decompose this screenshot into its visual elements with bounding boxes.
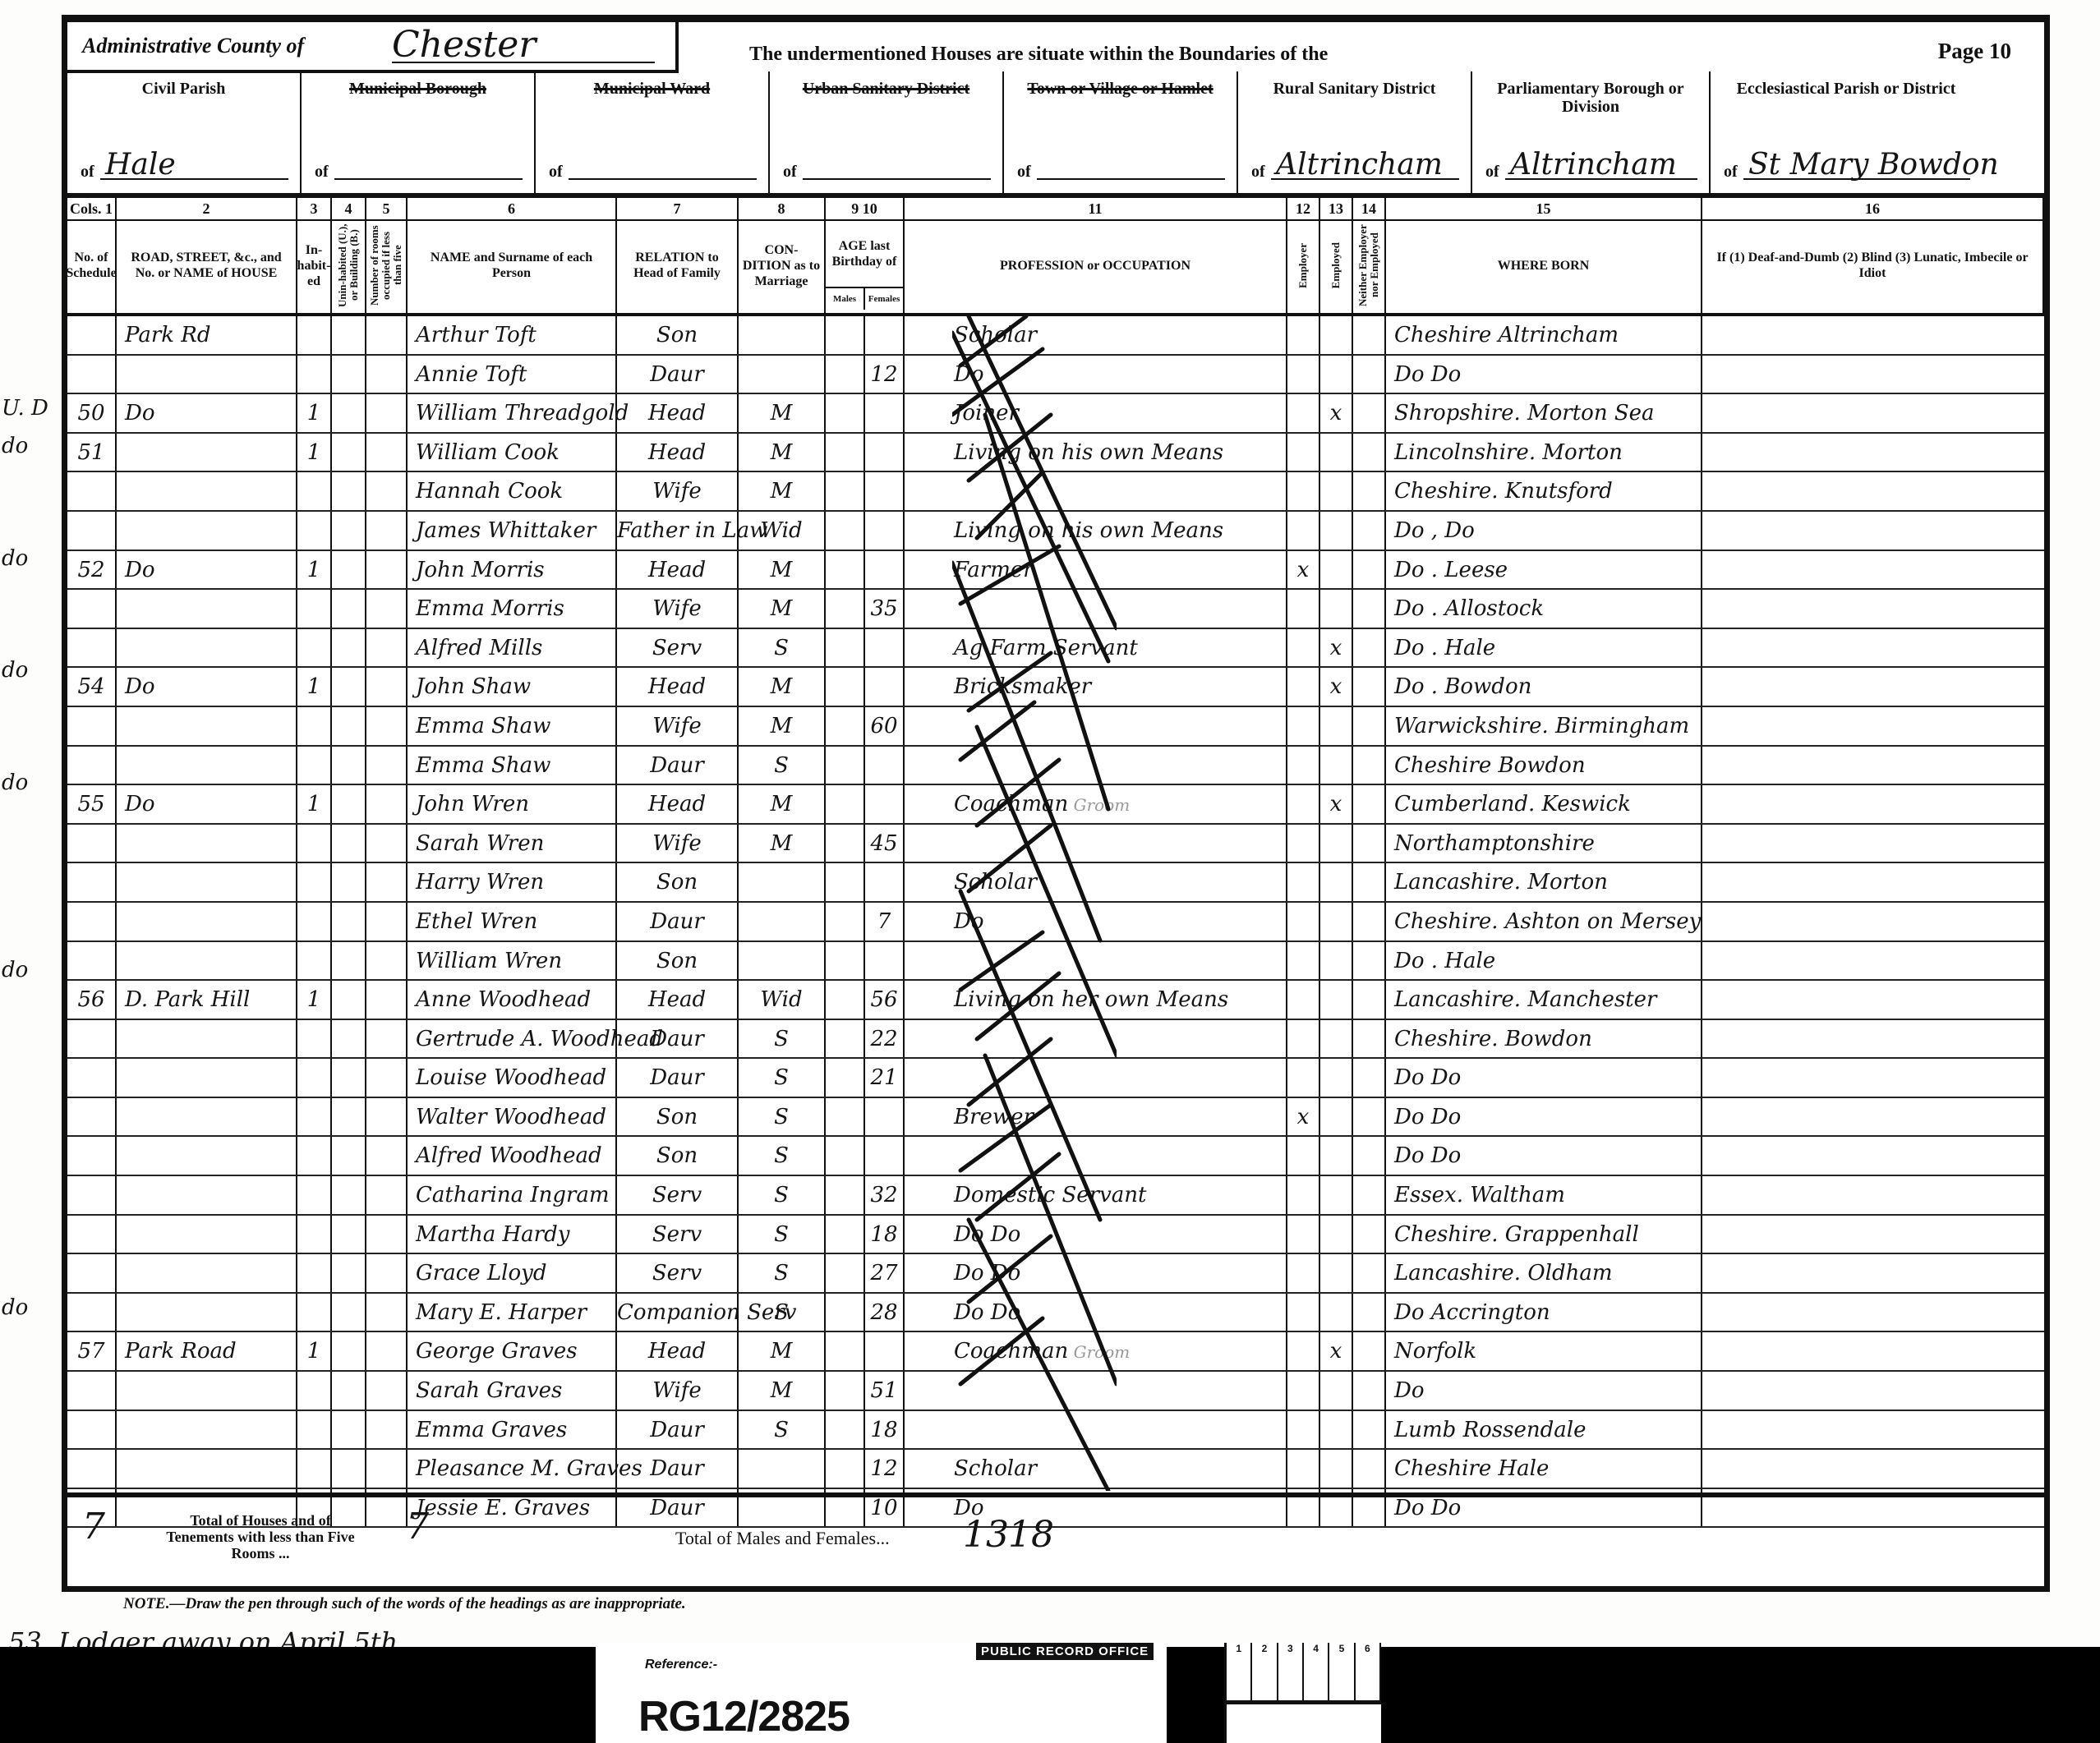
occupation: Scholar <box>905 863 1287 901</box>
inhabited <box>297 1176 332 1214</box>
address <box>117 1450 297 1488</box>
neither-mark <box>1353 629 1386 667</box>
district-of: of <box>81 163 94 182</box>
neither-mark <box>1353 1450 1386 1488</box>
schedule-number <box>67 590 117 628</box>
rooms <box>366 825 408 862</box>
age-male <box>826 1137 865 1175</box>
condition: S <box>739 1216 826 1253</box>
employed-mark <box>1320 1372 1353 1410</box>
occupation <box>905 1372 1287 1410</box>
schedule-number <box>67 825 117 862</box>
table-row: Emma GravesDaurS18Lumb Rossendale <box>67 1411 2044 1451</box>
employer-mark <box>1287 981 1320 1019</box>
males-total: 13 <box>963 1514 1009 1556</box>
employer-mark <box>1287 1254 1320 1292</box>
relation: Daur <box>617 1450 739 1488</box>
reference-label: Reference:- <box>645 1658 717 1672</box>
age-male <box>826 1059 865 1097</box>
table-row: Martha HardyServS18Do DoCheshire. Grappe… <box>67 1216 2044 1255</box>
uninhabited <box>332 629 366 667</box>
birthplace: Cheshire Altrincham <box>1386 316 1702 354</box>
neither-mark <box>1353 356 1386 393</box>
employer-mark <box>1287 942 1320 980</box>
person-name: Sarah Graves <box>408 1372 617 1410</box>
occupation: Living on his own Means <box>905 512 1287 550</box>
neither-mark <box>1353 1020 1386 1058</box>
neither-mark <box>1353 1294 1386 1331</box>
condition: S <box>739 1254 826 1292</box>
table-row: Hannah CookWifeMCheshire. Knutsford <box>67 472 2044 512</box>
address <box>117 707 297 745</box>
employer-mark <box>1287 747 1320 784</box>
rooms <box>366 1020 408 1058</box>
person-name: Walter Woodhead <box>408 1098 617 1136</box>
address: D. Park Hill <box>117 981 297 1019</box>
neither-mark <box>1353 903 1386 940</box>
uninhabited <box>332 1254 366 1292</box>
neither-mark <box>1353 1372 1386 1410</box>
district-of: of <box>1017 163 1031 182</box>
schedule-number <box>67 316 117 354</box>
table-row: William WrenSonDo . Hale <box>67 942 2044 982</box>
age-male <box>826 1332 865 1370</box>
district-label: Civil Parish <box>67 80 300 98</box>
rooms <box>366 551 408 589</box>
infirmity <box>1702 1020 2044 1058</box>
employed-mark <box>1320 316 1353 354</box>
person-name: Pleasance M. Graves <box>408 1450 617 1488</box>
district-municipal-borough: Municipal Borough of <box>302 71 536 193</box>
infirmity <box>1702 394 2044 432</box>
district-label: Ecclesiastical Parish or District <box>1711 80 1982 98</box>
neither-mark <box>1353 942 1386 980</box>
employed-mark <box>1320 551 1353 589</box>
birthplace: Do Do <box>1386 356 1702 393</box>
age-male <box>826 747 865 784</box>
infirmity <box>1702 1332 2044 1370</box>
occupation: Joiner <box>905 394 1287 432</box>
relation: Wife <box>617 472 739 510</box>
relation: Father in Law <box>617 512 739 550</box>
column-header-5: 5Number of rooms occupied if less than f… <box>366 198 408 313</box>
infirmity <box>1702 825 2044 862</box>
address <box>117 472 297 510</box>
birthplace: Warwickshire. Birmingham <box>1386 707 1702 745</box>
schedule-number <box>67 629 117 667</box>
column-header-15: 16If (1) Deaf-and-Dumb (2) Blind (3) Lun… <box>1702 198 2044 313</box>
column-header-14: 15WHERE BORN <box>1386 198 1702 313</box>
condition: S <box>739 747 826 784</box>
employed-mark <box>1320 1137 1353 1175</box>
birthplace: Lancashire. Oldham <box>1386 1254 1702 1292</box>
district-of: of <box>1251 163 1265 182</box>
rooms <box>366 1137 408 1175</box>
schedule-number: 54 <box>67 668 117 706</box>
schedule-number <box>67 472 117 510</box>
occupation <box>905 1411 1287 1449</box>
condition: M <box>739 785 826 823</box>
census-rows: Park RdArthur ToftSonScholarCheshire Alt… <box>67 316 2044 1528</box>
inhabited <box>297 356 332 393</box>
schedule-number <box>67 1254 117 1292</box>
column-header-8: 8CON-DITION as to Marriage <box>739 198 826 313</box>
relation: Wife <box>617 707 739 745</box>
condition: Wid <box>739 981 826 1019</box>
table-row: Grace LloydServS27Do DoLancashire. Oldha… <box>67 1254 2044 1294</box>
age-female: 27 <box>865 1254 905 1292</box>
birthplace: Do Do <box>1386 1137 1702 1175</box>
occupation <box>905 590 1287 628</box>
person-name: Mary E. Harper <box>408 1294 617 1331</box>
address <box>117 1059 297 1097</box>
condition: S <box>739 1176 826 1214</box>
relation: Daur <box>617 1020 739 1058</box>
relation: Daur <box>617 1059 739 1097</box>
inhabited <box>297 747 332 784</box>
birthplace: Do Do <box>1386 1098 1702 1136</box>
infirmity <box>1702 981 2044 1019</box>
table-row: 56D. Park Hill1Anne WoodheadHeadWid56Liv… <box>67 981 2044 1020</box>
birthplace: Do Do <box>1386 1059 1702 1097</box>
uninhabited <box>332 394 366 432</box>
schedule-number <box>67 747 117 784</box>
employed-mark <box>1320 1098 1353 1136</box>
address <box>117 1176 297 1214</box>
condition: M <box>739 394 826 432</box>
age-female: 21 <box>865 1059 905 1097</box>
birthplace: Do . Hale <box>1386 629 1702 667</box>
relation: Son <box>617 316 739 354</box>
column-header-7: 7RELATION to Head of Family <box>617 198 739 313</box>
person-name: Emma Graves <box>408 1411 617 1449</box>
schedule-number <box>67 1372 117 1410</box>
birthplace: Lancashire. Manchester <box>1386 981 1702 1019</box>
age-female: 51 <box>865 1372 905 1410</box>
employer-mark: x <box>1287 1098 1320 1136</box>
district-value: Altrincham <box>1276 148 1443 182</box>
inhabited <box>297 1372 332 1410</box>
relation: Wife <box>617 590 739 628</box>
age-female: 18 <box>865 1411 905 1449</box>
address <box>117 434 297 471</box>
inhabited <box>297 1411 332 1449</box>
rooms <box>366 1254 408 1292</box>
birthplace: Northamptonshire <box>1386 825 1702 862</box>
uninhabited <box>332 747 366 784</box>
employed-mark <box>1320 863 1353 901</box>
district-row: Civil Parish of HaleMunicipal Borough of… <box>67 71 2044 198</box>
infirmity <box>1702 1372 2044 1410</box>
neither-mark <box>1353 825 1386 862</box>
table-row: Alfred MillsServSAg Farm ServantxDo . Ha… <box>67 629 2044 669</box>
table-row: Mary E. HarperCompanion ServS28Do DoDo A… <box>67 1294 2044 1333</box>
rooms <box>366 707 408 745</box>
relation: Wife <box>617 1372 739 1410</box>
address <box>117 747 297 784</box>
age-male <box>826 316 865 354</box>
neither-mark <box>1353 512 1386 550</box>
employer-mark <box>1287 472 1320 510</box>
age-male <box>826 903 865 940</box>
uninhabited <box>332 472 366 510</box>
neither-mark <box>1353 316 1386 354</box>
birthplace: Cheshire. Ashton on Mersey <box>1386 903 1702 940</box>
grid-cell: 2 <box>1252 1643 1278 1700</box>
person-name: Emma Shaw <box>408 707 617 745</box>
rooms <box>366 1216 408 1253</box>
schedule-number <box>67 1137 117 1175</box>
employer-mark <box>1287 1332 1320 1370</box>
address: Park Rd <box>117 316 297 354</box>
employer-mark <box>1287 1020 1320 1058</box>
uninhabited <box>332 316 366 354</box>
employer-mark <box>1287 394 1320 432</box>
table-row: Walter WoodheadSonSBrewerxDo Do <box>67 1098 2044 1138</box>
table-row: 511William CookHeadMLiving on his own Me… <box>67 434 2044 473</box>
grid-cell: 6 <box>1356 1643 1381 1700</box>
condition: S <box>739 629 826 667</box>
occupation <box>905 747 1287 784</box>
schedule-number <box>67 903 117 940</box>
employer-mark <box>1287 1216 1320 1253</box>
column-header-1: Cols. 1No. of Schedule <box>67 198 117 313</box>
infirmity <box>1702 1059 2044 1097</box>
table-row: Pleasance M. GravesDaur12ScholarCheshire… <box>67 1450 2044 1489</box>
column-header-10: 11PROFESSION or OCCUPATION <box>905 198 1287 313</box>
address <box>117 590 297 628</box>
occupation <box>905 1137 1287 1175</box>
birthplace: Shropshire. Morton Sea <box>1386 394 1702 432</box>
age-male <box>826 785 865 823</box>
condition: M <box>739 668 826 706</box>
age-male <box>826 590 865 628</box>
uninhabited <box>332 1176 366 1214</box>
address <box>117 1254 297 1292</box>
district-civil-parish: Civil Parish of Hale <box>67 71 302 193</box>
table-row: Emma ShawWifeM60Warwickshire. Birmingham <box>67 707 2044 747</box>
person-name: Sarah Wren <box>408 825 617 862</box>
schedule-number <box>67 1216 117 1253</box>
footer-note: NOTE.—Draw the pen through such of the w… <box>123 1595 686 1613</box>
person-name: Alfred Mills <box>408 629 617 667</box>
schedule-number <box>67 1098 117 1136</box>
inhabited: 1 <box>297 394 332 432</box>
neither-mark <box>1353 981 1386 1019</box>
district-label: Rural Sanitary District <box>1238 80 1471 98</box>
rooms <box>366 981 408 1019</box>
age-female <box>865 785 905 823</box>
table-row: Sarah GravesWifeM51Do <box>67 1372 2044 1411</box>
condition: S <box>739 1059 826 1097</box>
uninhabited <box>332 825 366 862</box>
rooms <box>366 434 408 471</box>
age-female: 35 <box>865 590 905 628</box>
birthplace: Cheshire. Bowdon <box>1386 1020 1702 1058</box>
person-name: Louise Woodhead <box>408 1059 617 1097</box>
relation: Head <box>617 785 739 823</box>
birthplace: Cheshire. Grappenhall <box>1386 1216 1702 1253</box>
person-name: Emma Morris <box>408 590 617 628</box>
relation: Son <box>617 942 739 980</box>
condition: S <box>739 1411 826 1449</box>
schedule-number: 55 <box>67 785 117 823</box>
rooms <box>366 629 408 667</box>
employed-mark: x <box>1320 1332 1353 1370</box>
district-line <box>569 178 757 180</box>
table-row: Sarah WrenWifeM45Northamptonshire <box>67 825 2044 864</box>
occupation: Do Do <box>905 1254 1287 1292</box>
employer-mark <box>1287 1176 1320 1214</box>
age-female <box>865 668 905 706</box>
age-female <box>865 1332 905 1370</box>
table-row: 57Park Road1George GravesHeadMCoachman G… <box>67 1332 2044 1372</box>
table-row: Emma MorrisWifeM35Do . Allostock <box>67 590 2044 629</box>
table-row: Alfred WoodheadSonSDo Do <box>67 1137 2044 1176</box>
age-female: 18 <box>865 1216 905 1253</box>
address: Do <box>117 394 297 432</box>
district-of: of <box>549 163 563 182</box>
column-header-11: 12Employer <box>1287 198 1320 313</box>
inhabited <box>297 1137 332 1175</box>
totals-row: 7 Total of Houses and of Tenements with … <box>67 1492 2044 1598</box>
condition: Wid <box>739 512 826 550</box>
condition: M <box>739 434 826 471</box>
infirmity <box>1702 668 2044 706</box>
age-male <box>826 1294 865 1331</box>
district-of: of <box>1724 163 1738 182</box>
schedule-number <box>67 1294 117 1331</box>
age-male <box>826 668 865 706</box>
uninhabited <box>332 668 366 706</box>
neither-mark <box>1353 434 1386 471</box>
relation: Son <box>617 1098 739 1136</box>
birthplace: Cheshire. Knutsford <box>1386 472 1702 510</box>
birthplace: Do <box>1386 1372 1702 1410</box>
table-row: Louise WoodheadDaurS21Do Do <box>67 1059 2044 1098</box>
relation: Daur <box>617 1411 739 1449</box>
employed-mark: x <box>1320 394 1353 432</box>
condition: S <box>739 1137 826 1175</box>
district-town-or-village-or-hamlet: Town or Village or Hamlet of <box>1004 71 1238 193</box>
rooms <box>366 1294 408 1331</box>
person-name: John Morris <box>408 551 617 589</box>
neither-mark <box>1353 1216 1386 1253</box>
employed-mark <box>1320 903 1353 940</box>
age-male <box>826 472 865 510</box>
employed-mark <box>1320 434 1353 471</box>
employer-mark <box>1287 1411 1320 1449</box>
column-header-6: 6NAME and Surname of each Person <box>408 198 617 313</box>
address <box>117 903 297 940</box>
occupation: Living on his own Means <box>905 434 1287 471</box>
uninhabited <box>332 356 366 393</box>
employed-mark <box>1320 1411 1353 1449</box>
rooms <box>366 863 408 901</box>
uninhabited <box>332 863 366 901</box>
person-name: John Wren <box>408 785 617 823</box>
employed-mark <box>1320 747 1353 784</box>
infirmity <box>1702 1411 2044 1449</box>
occupation: Do <box>905 356 1287 393</box>
uninhabited <box>332 1137 366 1175</box>
birthplace: Cumberland. Keswick <box>1386 785 1702 823</box>
age-male <box>826 825 865 862</box>
occupation: Coachman Groom <box>905 1332 1287 1370</box>
houses-total-label: Total of Houses and of Tenements with le… <box>166 1512 355 1561</box>
infirmity <box>1702 1176 2044 1214</box>
employer-mark <box>1287 316 1320 354</box>
schedule-number <box>67 1020 117 1058</box>
rooms <box>366 316 408 354</box>
birthplace: Lancashire. Morton <box>1386 863 1702 901</box>
archive-grid: 123456 <box>1224 1643 1381 1743</box>
condition <box>739 863 826 901</box>
address: Do <box>117 785 297 823</box>
column-header-3: 3In-habit-ed <box>297 198 332 313</box>
age-female <box>865 512 905 550</box>
inhabited <box>297 1254 332 1292</box>
page-number: Page 10 <box>1938 39 2011 64</box>
uninhabited <box>332 981 366 1019</box>
address <box>117 356 297 393</box>
schedule-number: 51 <box>67 434 117 471</box>
margin-annotation-do: do <box>2 1295 28 1320</box>
inhabited <box>297 1216 332 1253</box>
age-female: 56 <box>865 981 905 1019</box>
grid-cell: 1 <box>1227 1643 1252 1700</box>
schedule-number <box>67 1411 117 1449</box>
age-male <box>826 1450 865 1488</box>
uninhabited <box>332 1020 366 1058</box>
age-female: 45 <box>865 825 905 862</box>
address <box>117 1411 297 1449</box>
person-name: Annie Toft <box>408 356 617 393</box>
occupation: Scholar <box>905 1450 1287 1488</box>
address <box>117 1098 297 1136</box>
infirmity <box>1702 629 2044 667</box>
schedule-number: 50 <box>67 394 117 432</box>
occupation: Scholar <box>905 316 1287 354</box>
rooms <box>366 668 408 706</box>
occupation <box>905 942 1287 980</box>
schedule-number <box>67 942 117 980</box>
table-row: 55Do1John WrenHeadMCoachman GroomxCumber… <box>67 785 2044 825</box>
inhabited <box>297 629 332 667</box>
relation: Head <box>617 434 739 471</box>
district-line <box>1037 178 1225 180</box>
employer-mark <box>1287 1294 1320 1331</box>
birthplace: Essex. Waltham <box>1386 1176 1702 1214</box>
age-male <box>826 512 865 550</box>
condition: M <box>739 1372 826 1410</box>
relation: Daur <box>617 747 739 784</box>
neither-mark <box>1353 1176 1386 1214</box>
birthplace: Do . Hale <box>1386 942 1702 980</box>
condition: M <box>739 707 826 745</box>
inhabited <box>297 512 332 550</box>
district-line <box>334 178 523 180</box>
employer-mark <box>1287 1059 1320 1097</box>
neither-mark <box>1353 590 1386 628</box>
employed-mark <box>1320 1254 1353 1292</box>
employed-mark <box>1320 942 1353 980</box>
district-value: St Mary Bowdon <box>1748 148 1999 182</box>
uninhabited <box>332 1372 366 1410</box>
person-name: Harry Wren <box>408 863 617 901</box>
schedule-number <box>67 512 117 550</box>
inhabited <box>297 942 332 980</box>
